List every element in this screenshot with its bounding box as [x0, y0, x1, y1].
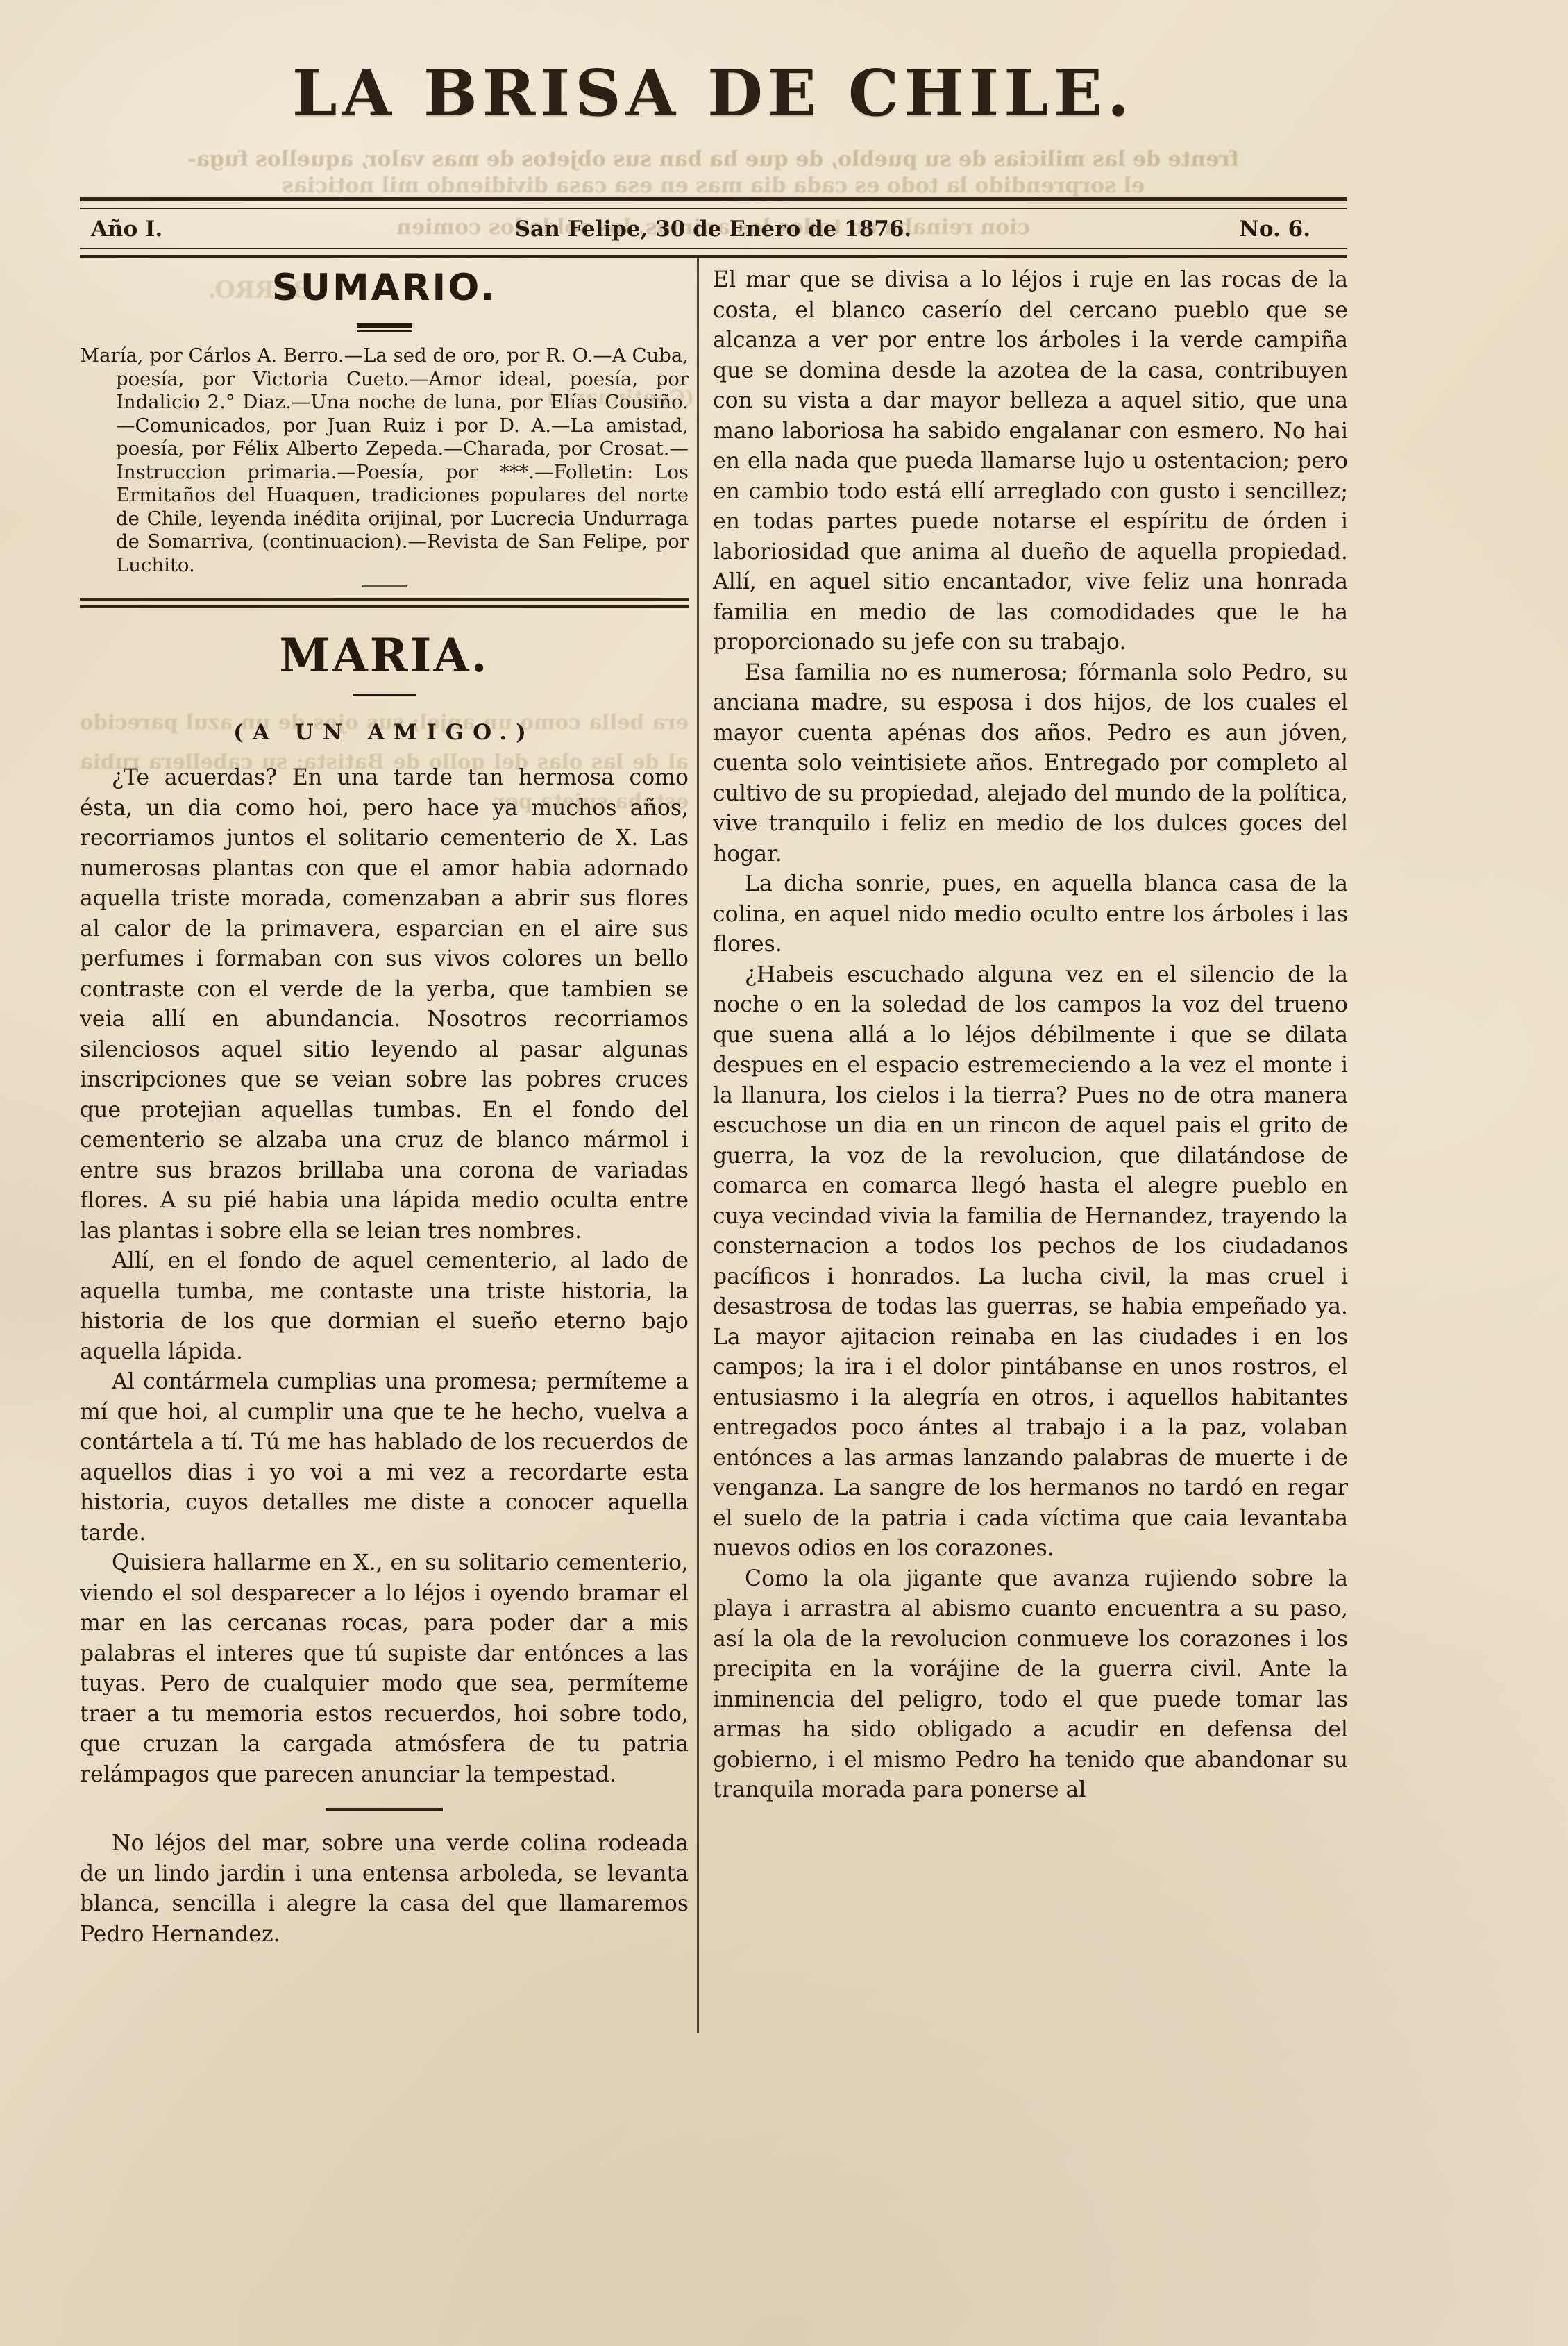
article-paragraph: Esa familia no es numerosa; fórmanla sol…	[713, 658, 1348, 870]
article-paragraph: Al contármela cumplias una promesa; perm…	[80, 1367, 689, 1548]
article-dedication: (A UN AMIGO.)	[80, 720, 689, 745]
article-paragraph: Allí, en el fondo de aquel cementerio, a…	[80, 1246, 689, 1367]
bleedthrough-line: frente de las milicias de su pueblo, de …	[80, 147, 1347, 171]
article-body-left: ¿Te acuerdas? En una tarde tan hermosa c…	[80, 763, 689, 1790]
dateline: San Felipe, 30 de Enero de 1876.	[80, 217, 1347, 242]
left-column: SUMARIO. María, por Cárlos A. Berro.—La …	[80, 264, 689, 1950]
double-rule-bottom	[80, 248, 1347, 258]
article-paragraph: La dicha sonrie, pues, en aquella blanca…	[713, 869, 1348, 960]
sumario-body: María, por Cárlos A. Berro.—La sed de or…	[80, 344, 689, 577]
masthead-title: LA BRISA DE CHILE.	[80, 56, 1347, 131]
newspaper-page: frente de las milicias de su pueblo, de …	[0, 0, 1568, 2346]
sumario-heading: SUMARIO.	[80, 269, 689, 306]
column-divider-rule	[697, 258, 699, 2033]
article-paragraph: Quisiera hallarme en X., en su solitario…	[80, 1548, 689, 1790]
section-double-rule	[80, 598, 689, 608]
sumario-dash-ornament	[357, 323, 412, 332]
article-paragraph: ¿Habeis escuchado alguna vez en el silen…	[713, 960, 1348, 1564]
article-paragraph: ¿Te acuerdas? En una tarde tan hermosa c…	[80, 763, 689, 1246]
article-title: MARIA.	[80, 632, 689, 678]
paragraph-divider-rule	[326, 1808, 443, 1811]
article-body-right: El mar que se divisa a lo léjos i ruje e…	[713, 265, 1348, 1806]
end-dash-ornament	[362, 585, 407, 587]
article-paragraph: Como la ola jigante que avanza rujiendo …	[713, 1564, 1348, 1806]
article-closing: No léjos del mar, sobre una verde colina…	[80, 1829, 689, 1950]
right-column: El mar que se divisa a lo léjos i ruje e…	[713, 264, 1348, 1806]
article-paragraph: El mar que se divisa a lo léjos i ruje e…	[713, 265, 1348, 658]
bleedthrough-line: el sorprendido la todo es cada dia mas e…	[80, 174, 1347, 198]
title-rule-ornament	[353, 694, 416, 696]
issue-label: No. 6.	[1240, 217, 1310, 242]
dateline-row: Año I. San Felipe, 30 de Enero de 1876. …	[80, 214, 1347, 244]
article-paragraph: No léjos del mar, sobre una verde colina…	[80, 1829, 689, 1950]
double-rule-top	[80, 197, 1347, 209]
